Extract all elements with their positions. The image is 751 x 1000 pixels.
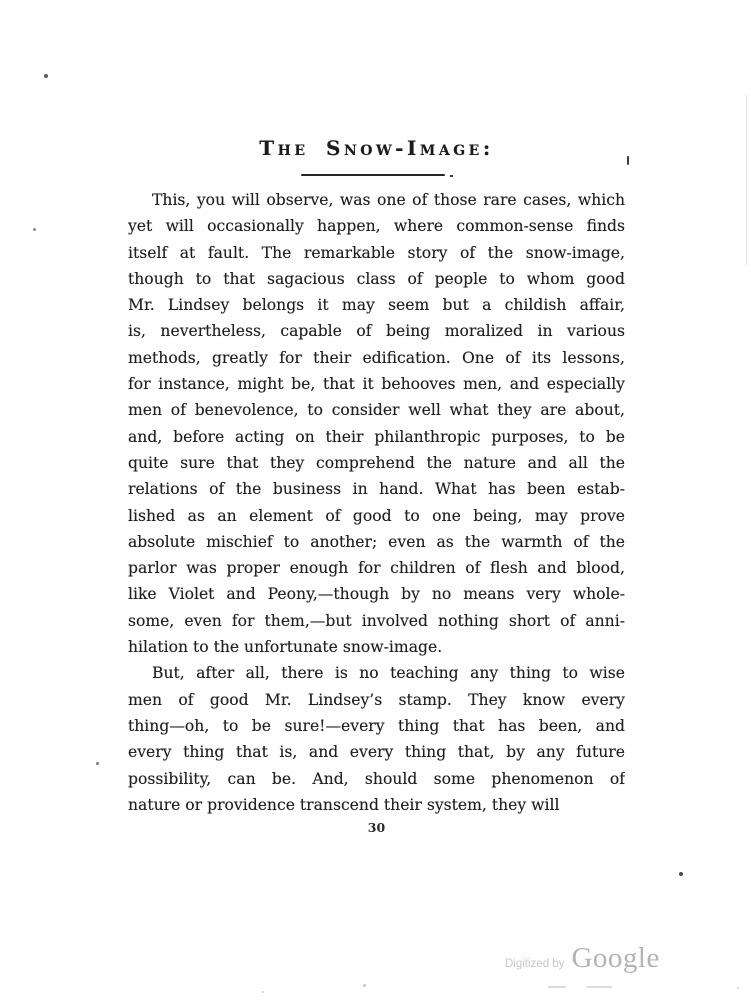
text-block: This, you will observe, was one of those… (128, 187, 625, 818)
text-line: for instance, might be, that it behooves… (128, 371, 625, 397)
text-line: This, you will observe, was one of those… (128, 187, 625, 213)
text-line: and, before acting on their philanthropi… (128, 424, 625, 450)
text-line: men of good Mr. Lindsey’s stamp. They kn… (128, 687, 625, 713)
text-line: some, even for them,—but involved nothin… (128, 608, 625, 634)
scan-smudge (548, 986, 566, 988)
chapter-title: The Snow-Image: (259, 136, 493, 160)
text-line: But, after all, there is no teaching any… (128, 660, 625, 686)
scan-speck (96, 762, 99, 765)
text-line: men of benevolence, to consider well wha… (128, 397, 625, 423)
watermark-brand-logo: Google (571, 942, 659, 975)
text-line: Mr. Lindsey belongs it may seem but a ch… (128, 292, 625, 318)
page-header: The Snow-Image: (128, 136, 625, 160)
scan-speck (44, 74, 48, 78)
scan-speck (262, 991, 264, 993)
scan-tick-mark (627, 156, 629, 165)
digitization-watermark: Digitized by Google (505, 942, 660, 975)
text-line: thing—oh, to be sure!—every thing that h… (128, 713, 625, 739)
scan-edge-line (746, 95, 747, 265)
scan-speck (679, 872, 683, 876)
text-line: is, nevertheless, capable of being moral… (128, 318, 625, 344)
watermark-prefix-label: Digitized by (505, 958, 564, 970)
text-line: possibility, can be. And, should some ph… (128, 766, 625, 792)
text-line: like Violet and Peony,—though by no mean… (128, 581, 625, 607)
page-number: 30 (128, 820, 625, 835)
scan-speck (737, 987, 739, 989)
text-line: parlor was proper enough for children of… (128, 555, 625, 581)
text-line: though to that sagacious class of people… (128, 266, 625, 292)
scan-speck (33, 228, 36, 231)
text-line: methods, greatly for their edification. … (128, 345, 625, 371)
scanned-book-page: The Snow-Image: This, you will observe, … (0, 0, 751, 1000)
text-line: itself at fault. The remarkable story of… (128, 240, 625, 266)
header-divider-dot (450, 175, 453, 177)
text-line: quite sure that they comprehend the natu… (128, 450, 625, 476)
text-line: every thing that is, and every thing tha… (128, 739, 625, 765)
text-line: lished as an element of good to one bein… (128, 503, 625, 529)
text-line: relations of the business in hand. What … (128, 476, 625, 502)
scan-smudge (586, 986, 612, 988)
header-divider-rule (301, 174, 445, 176)
text-line: absolute mischief to another; even as th… (128, 529, 625, 555)
text-line: hilation to the unfortunate snow-image. (128, 634, 625, 660)
text-line: nature or providence transcend their sys… (128, 792, 625, 818)
scan-speck (363, 984, 366, 987)
text-line: yet will occasionally happen, where comm… (128, 213, 625, 239)
